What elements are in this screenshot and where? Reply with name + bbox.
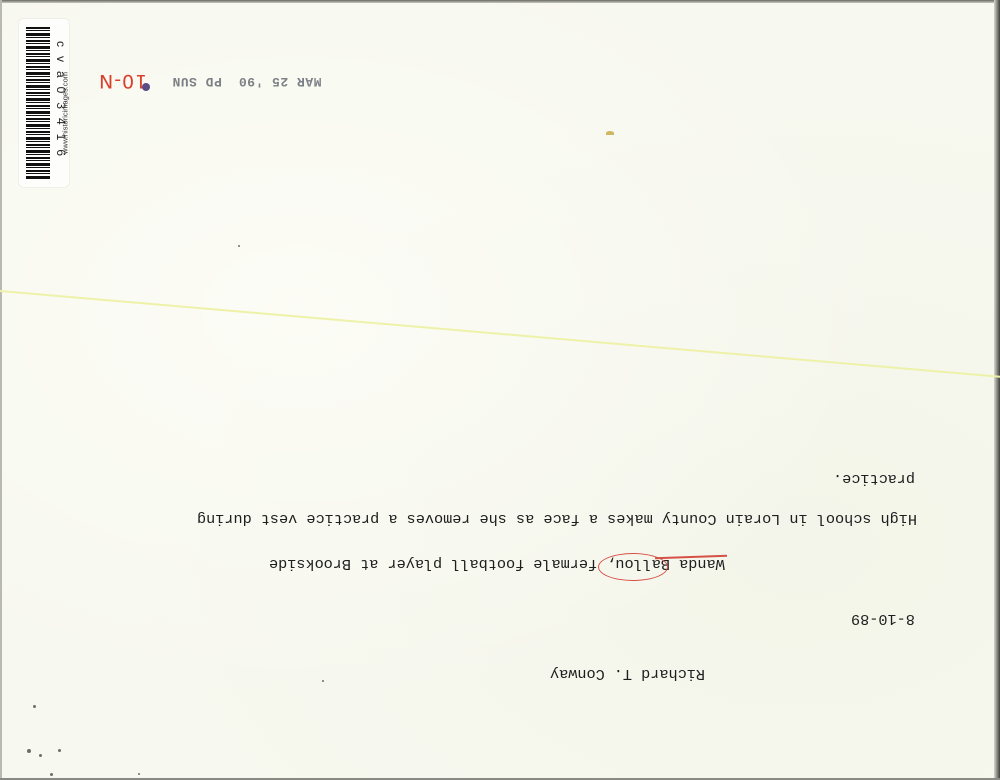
dust-speck <box>238 245 240 247</box>
dust-speck <box>58 749 61 752</box>
dust-speck <box>39 754 42 757</box>
scan-edge-left <box>0 0 2 780</box>
ink-dot-mark <box>142 83 150 91</box>
scan-edge-top <box>0 0 1000 3</box>
dust-speck <box>50 773 53 776</box>
dust-speck <box>27 749 31 753</box>
handwritten-note: 10-N <box>98 70 147 92</box>
sticker-text-area: cva03416 www.historicimages.com <box>50 27 68 179</box>
yellow-crease-line <box>0 290 1000 377</box>
dust-speck <box>33 705 36 708</box>
barcode-sticker: cva03416 www.historicimages.com <box>19 19 69 187</box>
caption-line-3: practice. <box>833 470 915 488</box>
caption-date: 8-10-89 <box>851 610 915 628</box>
date-stamp: MAR 25 '90 PD SUN <box>172 74 321 89</box>
photo-back-page: cva03416 www.historicimages.com 10-N MAR… <box>0 0 1000 780</box>
dust-speck <box>322 680 324 682</box>
scan-edge-right <box>994 0 1000 780</box>
caption-line-2: High school in Lorain County makes a fac… <box>197 510 917 528</box>
dust-speck <box>138 773 140 775</box>
sticker-url: www.historicimages.com <box>61 72 70 154</box>
photographer-credit: Richard T. Conway <box>550 665 705 683</box>
barcode-icon <box>26 27 50 179</box>
stain-speck <box>606 131 614 135</box>
